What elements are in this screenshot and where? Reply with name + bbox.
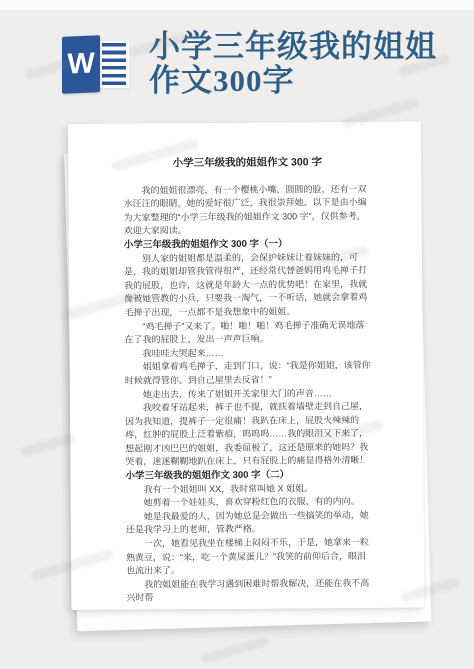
- document-title: 小学三年级我的姐姐作文 300 字: [123, 156, 371, 171]
- word-icon: W: [62, 36, 129, 93]
- word-icon-page: [99, 41, 129, 88]
- page-title: 小学三年级我的姐姐作文300字: [149, 30, 437, 98]
- template-preview: W 小学三年级我的姐姐作文300字 小学三年级我的姐姐作文 300 字 我的姐姐…: [0, 0, 474, 669]
- paragraph-intro: 我的姐姐很漂亮，有一个樱桃小嘴，圆圆的脸，还有一双水汪汪的眼睛，她的爱好很广泛，…: [123, 182, 371, 238]
- document-content: 小学三年级我的姐姐作文 300 字 我的姐姐很漂亮，有一个樱桃小嘴，圆圆的脸，还…: [68, 122, 424, 606]
- paragraph: 我的姐姐能在我学习遇到困难时帮我解决，还能在我不高兴时帮: [126, 577, 374, 606]
- paragraph: 姐姐拿着鸡毛掸子，走到门口，说：“我是你姐姐，该管你时候就得管你。到自己屋里去反…: [125, 359, 373, 388]
- paragraph: 她是我最爱的人，因为她总是会做出一些搞笑的举动，她还是我学习上的老师，管教严格。: [126, 509, 374, 538]
- word-icon-cover: W: [62, 35, 100, 94]
- word-icon-letter: W: [67, 49, 94, 79]
- paragraph: 一次，她看见我坐在楼梯上闷闷不乐，于是，她拿来一粒熟黄豆，说：“来，吃一个黄屎蛋…: [126, 536, 374, 579]
- paragraph: 我咬着牙站起来，裤子也不提，就扶着墙壁走到自己屋，因为我知道，提裤子一定很痛！我…: [125, 400, 373, 470]
- word-icon-lines: [102, 43, 126, 86]
- header: W 小学三年级我的姐姐作文300字: [62, 30, 437, 98]
- paragraph: 别人家的姐姐都是温柔的，会保护妹妹让着妹妹的，可是，我的姐姐却管我管得很严，还经…: [124, 250, 372, 320]
- document-pages[interactable]: 小学三年级我的姐姐作文 300 字 我的姐姐很漂亮，有一个樱桃小嘴，圆圆的脸，还…: [0, 0, 474, 669]
- paragraph: “鸡毛掸子”又来了。啪！啪！啪！鸡毛掸子准确无误地落在了我的屁股上，发出一声声巨…: [124, 318, 372, 347]
- document-page: 小学三年级我的姐姐作文 300 字 我的姐姐很漂亮，有一个樱桃小嘴，圆圆的脸，还…: [68, 122, 424, 610]
